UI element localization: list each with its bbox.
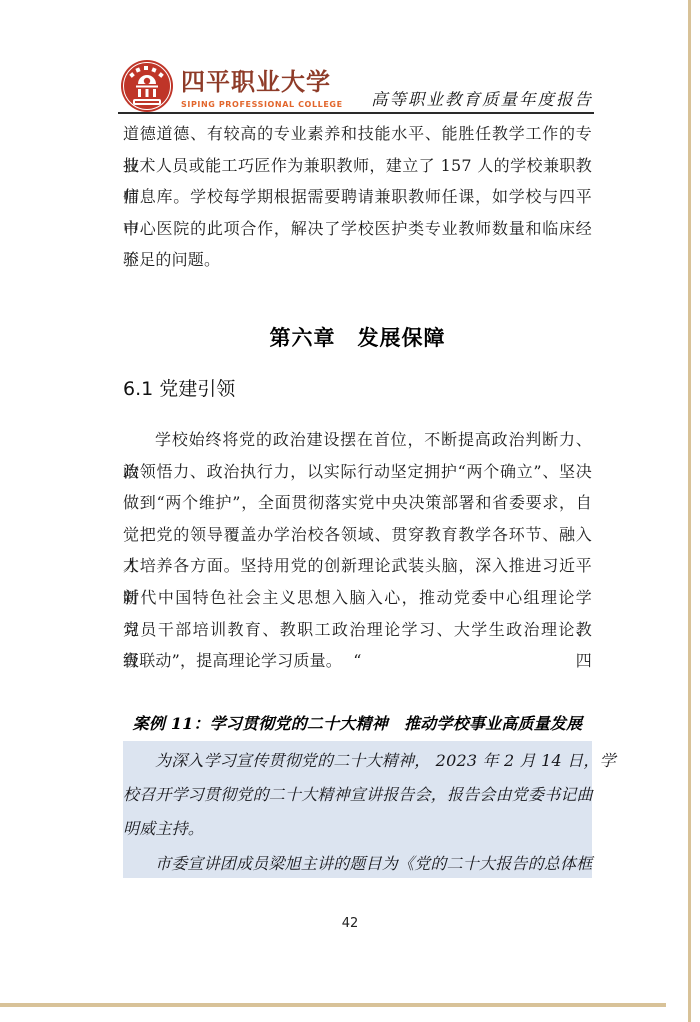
paragraph-2-line: 才培养各方面。坚持用党的创新理论武装头脑，深入推进习近平新 (123, 550, 592, 582)
case-line: 明威主持。 (123, 812, 592, 846)
school-name-en: SIPING PROFESSIONAL COLLEGE (181, 100, 371, 109)
case-line: 为深入学习宣传贯彻党的二十大精神， 2023 年 2 月 14 日，学 (123, 744, 592, 778)
paragraph-2-line: 党员干部培训教育、教职工政治理论学习、大学生政治理论教育“四 (123, 614, 592, 646)
paragraph-1-line: 道德道德、有较高的专业素养和技能水平、能胜任教学工作的专业 (123, 118, 592, 150)
case-line: 校召开学习贯彻党的二十大精神宣讲报告会，报告会由党委书记曲 (123, 778, 592, 812)
case-highlighted-text: 为深入学习宣传贯彻党的二十大精神， 2023 年 2 月 14 日，学 校召开学… (123, 741, 592, 878)
case-heading: 案例 11：学习贯彻党的二十大精神 推动学校事业高质量发展 (123, 711, 592, 734)
document-page: 四平职业大学 SIPING PROFESSIONAL COLLEGE 高等职业教… (0, 0, 700, 1022)
school-seal-icon (120, 59, 174, 113)
report-title: 高等职业教育质量年度报告 (371, 86, 593, 110)
paragraph-1-line: 中心医院的此项合作，解决了学校医护类专业教师数量和临床经验 (123, 213, 592, 245)
chapter-title: 第六章 发展保障 (123, 322, 592, 352)
page-edge-bottom (0, 1003, 666, 1007)
page-number: 42 (0, 916, 700, 931)
case-line: 市委宣讲团成员梁旭主讲的题目为《党的二十大报告的总体框 (123, 847, 592, 881)
paragraph-2-line: 治领悟力、政治执行力，以实际行动坚定拥护“两个确立”、坚决 (123, 456, 592, 488)
school-name-cn: 四平职业大学 (181, 62, 371, 97)
header-rule (118, 112, 594, 114)
school-name-block: 四平职业大学 SIPING PROFESSIONAL COLLEGE (181, 62, 371, 109)
section-title: 6.1 党建引领 (123, 374, 235, 401)
page-edge-right (688, 0, 691, 1022)
paragraph-1-line: 信息库。学校每学期根据需要聘请兼职教师任课，如学校与四平市 (123, 181, 592, 213)
paragraph-1-line: 不足的问题。 (123, 244, 592, 276)
paragraph-1: 道德道德、有较高的专业素养和技能水平、能胜任教学工作的专业 技术人员或能工巧匠作… (123, 118, 592, 276)
paragraph-2-line: 学校始终将党的政治建设摆在首位，不断提高政治判断力、政 (123, 424, 592, 456)
paragraph-1-line: 技术人员或能工巧匠作为兼职教师，建立了 157 人的学校兼职教师 (123, 150, 592, 182)
paragraph-2-line: 时代中国特色社会主义思想入脑入心，推动党委中心组理论学习、 (123, 582, 592, 614)
paragraph-2-line: 做到“两个维护”，全面贯彻落实党中央决策部署和省委要求，自 (123, 487, 592, 519)
paragraph-2: 学校始终将党的政治建设摆在首位，不断提高政治判断力、政 治领悟力、政治执行力，以… (123, 424, 592, 677)
paragraph-2-line: 觉把党的领导覆盖办学治校各领域、贯穿教育教学各环节、融入人 (123, 519, 592, 551)
